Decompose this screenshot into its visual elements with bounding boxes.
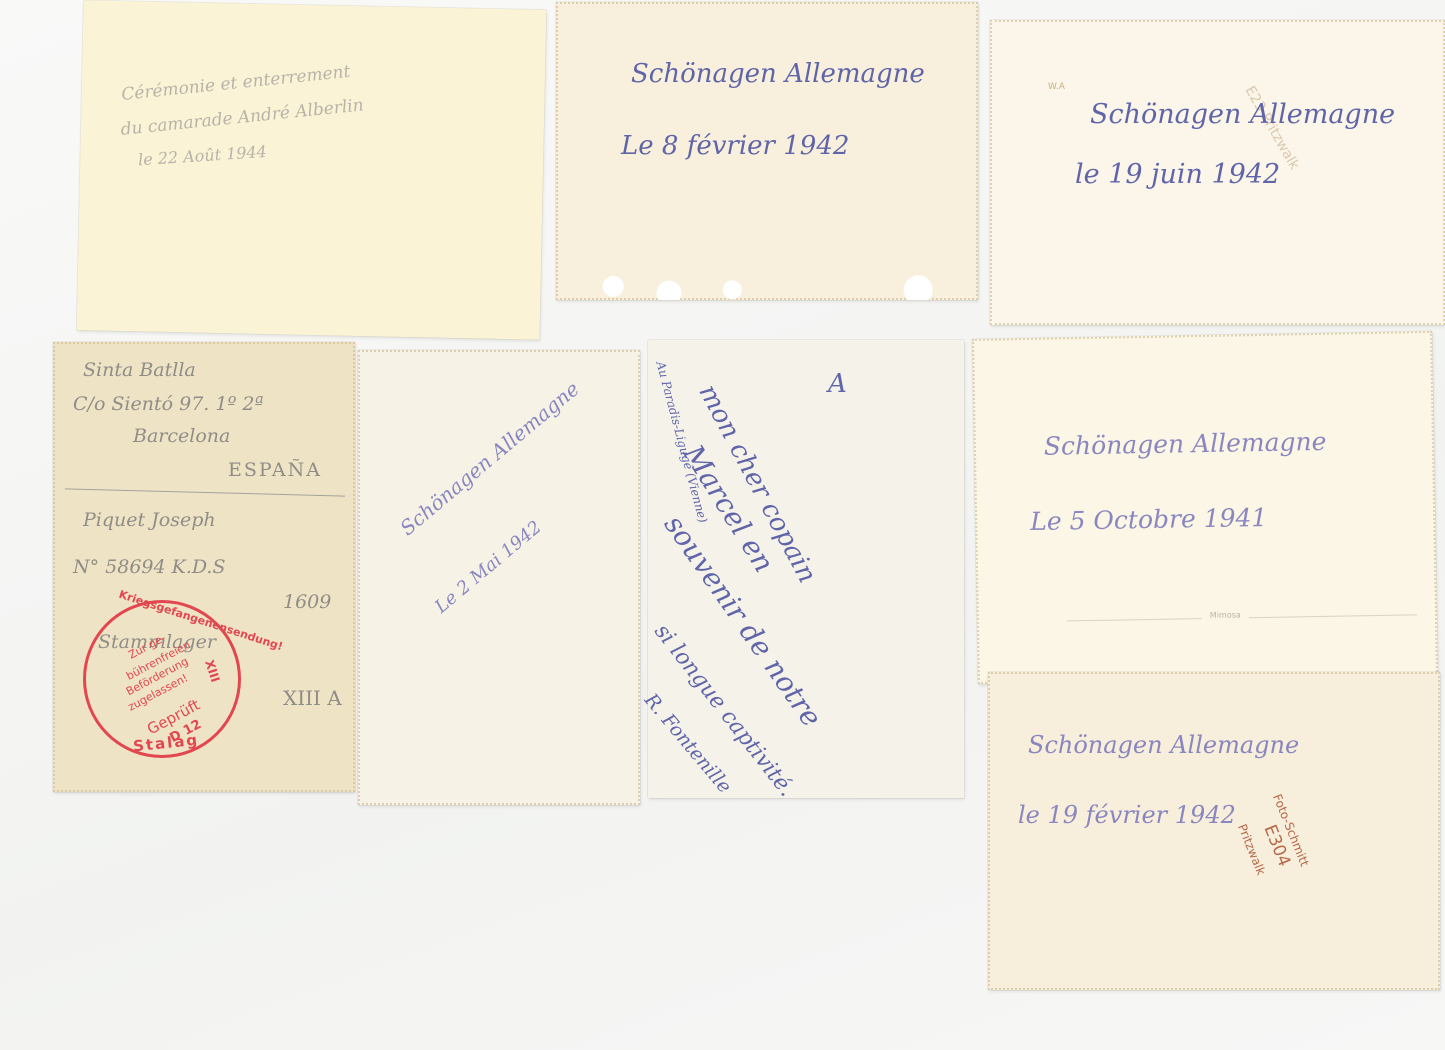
photo-back-june-1942: W.A E23 Pritzwalk Schönagen Allemagne le…: [990, 20, 1445, 325]
photo-back-pow-address: Sinta Batlla C/o Sientó 97. 1º 2ª Barcel…: [53, 342, 355, 792]
handwritten-line: Cérémonie et enterrement: [121, 63, 352, 105]
photo-back-may-1942: Schönagen Allemagne Le 2 Mai 1942: [358, 350, 640, 805]
sender-line: N° 58694 K.D.S: [73, 557, 226, 578]
photo-back-oct-1941: Schönagen Allemagne Le 5 Octobre 1941 Mi…: [972, 331, 1438, 684]
address-line: ESPAÑA: [228, 460, 322, 481]
handwritten-place: Schönagen Allemagne: [1028, 732, 1299, 758]
handwritten-date: le 22 Août 1944: [138, 143, 268, 169]
handwritten-line: du camarade André Alberlin: [120, 96, 365, 139]
handwritten-place: Schönagen Allemagne: [1090, 100, 1395, 130]
handwritten-date: le 19 février 1942: [1018, 802, 1236, 828]
photo-back-burial-ceremony: Cérémonie et enterrement du camarade And…: [77, 0, 547, 340]
address-line: Sinta Batlla: [83, 360, 196, 381]
pencil-divider: [65, 488, 345, 496]
photo-back-dedication: Au Paradis-Ligugé (Vienne) A mon cher co…: [648, 340, 964, 798]
photo-back-feb-19-1942: Schönagen Allemagne le 19 février 1942 F…: [988, 672, 1440, 990]
address-line: C/o Sientó 97. 1º 2ª: [73, 394, 264, 415]
corner-mark: W.A: [1048, 82, 1065, 92]
handwritten-place: Schönagen Allemagne: [1044, 428, 1327, 460]
handwritten-place: Schönagen Allemagne: [631, 60, 925, 89]
handwritten-date: Le 8 février 1942: [621, 132, 849, 161]
paper-maker-mark: Mimosa: [1202, 610, 1249, 620]
handwritten-date: le 19 juin 1942: [1075, 160, 1280, 190]
scan-background: Cérémonie et enterrement du camarade And…: [0, 0, 1445, 1050]
sender-line: XIII A: [283, 687, 342, 709]
handwritten-date: Le 5 Octobre 1941: [1030, 504, 1268, 536]
handwritten-date: Le 2 Mai 1942: [432, 517, 546, 617]
sender-line: Piquet Joseph: [83, 510, 216, 531]
sender-line: 1609: [283, 592, 331, 613]
photo-back-feb-1942: Schönagen Allemagne Le 8 février 1942: [556, 2, 978, 300]
address-line: Barcelona: [133, 426, 230, 447]
handwritten-place: Schönagen Allemagne: [396, 377, 583, 539]
torn-edge: [576, 266, 948, 300]
dedication-line: A: [828, 370, 847, 399]
